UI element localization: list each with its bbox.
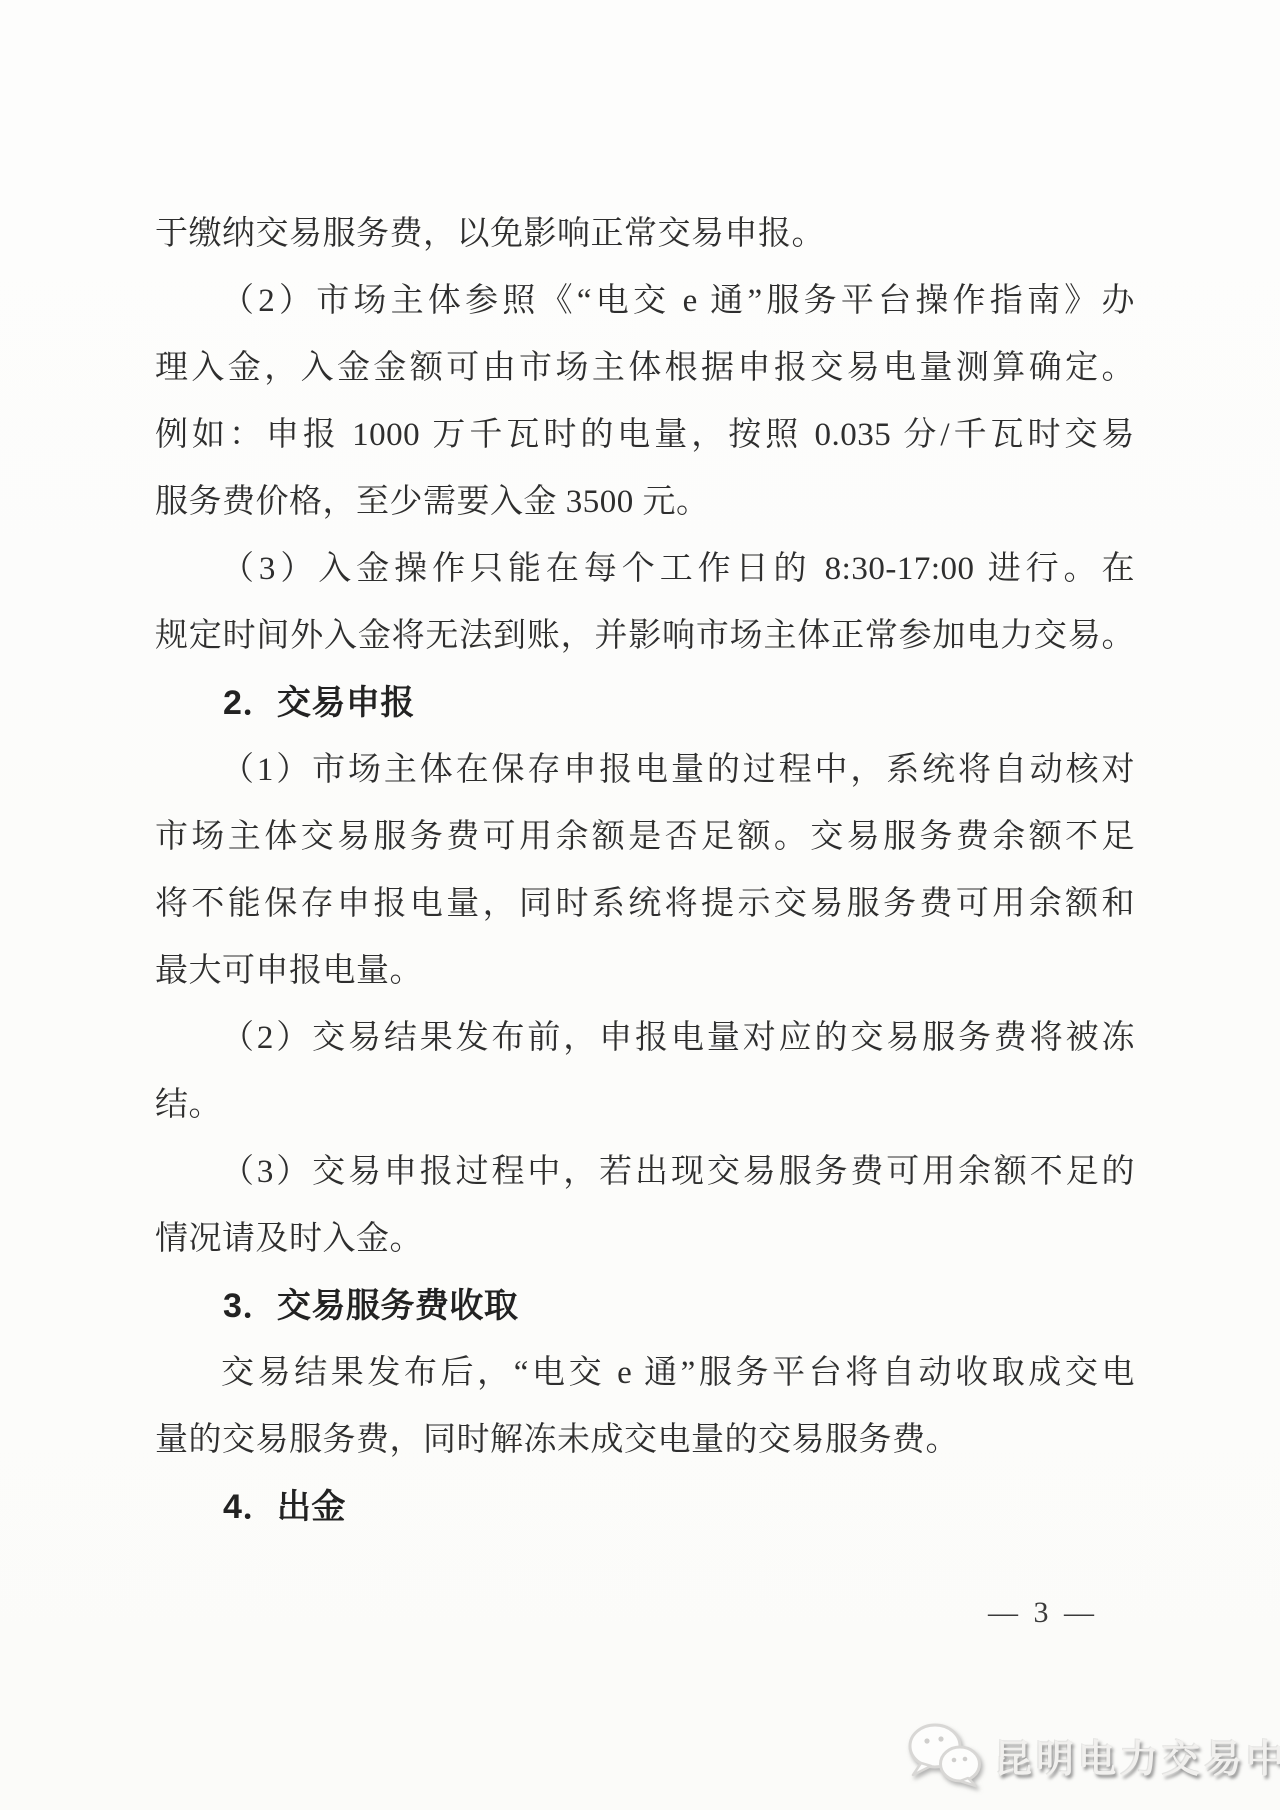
text-line: 服务费价格，至少需要入金 3500 元。 [155,469,1135,536]
text-line: 于缴纳交易服务费，以免影响正常交易申报。 [155,201,1135,268]
document-body: 于缴纳交易服务费，以免影响正常交易申报。（2）市场主体参照《“电交 e 通”服务… [155,201,1135,1541]
page-number: — 3 — [958,1596,1128,1630]
text-line: 情况请及时入金。 [155,1206,1135,1273]
document-page: 于缴纳交易服务费，以免影响正常交易申报。（2）市场主体参照《“电交 e 通”服务… [0,0,1280,1810]
text-line: 理入金，入金金额可由市场主体根据申报交易电量测算确定。 [155,335,1135,402]
text-line: （2）交易结果发布前，申报电量对应的交易服务费将被冻 [155,1005,1135,1072]
text-line: 最大可申报电量。 [155,938,1135,1005]
text-line: 量的交易服务费，同时解冻未成交电量的交易服务费。 [155,1407,1135,1474]
text-line: 结。 [155,1072,1135,1139]
text-line: 交易结果发布后，“电交 e 通”服务平台将自动收取成交电 [155,1340,1135,1407]
text-line: 规定时间外入金将无法到账，并影响市场主体正常参加电力交易。 [155,603,1135,670]
text-line: 将不能保存申报电量，同时系统将提示交易服务费可用余额和 [155,871,1135,938]
section-heading: 4．出金 [155,1474,1135,1541]
text-line: 例如：申报 1000 万千瓦时的电量，按照 0.035 分/千瓦时交易 [155,402,1135,469]
section-heading: 3．交易服务费收取 [155,1273,1135,1340]
wechat-icon [908,1722,982,1788]
text-line: （2）市场主体参照《“电交 e 通”服务平台操作指南》办 [155,268,1135,335]
text-line: （3）入金操作只能在每个工作日的 8:30-17:00 进行。在 [155,536,1135,603]
section-heading: 2．交易申报 [155,670,1135,737]
text-line: 市场主体交易服务费可用余额是否足额。交易服务费余额不足 [155,804,1135,871]
text-line: （1）市场主体在保存申报电量的过程中，系统将自动核对 [155,737,1135,804]
footer-watermark: 昆明电力交易中心 [908,1722,1280,1788]
watermark-account-name: 昆明电力交易中心 [994,1728,1280,1783]
text-line: （3）交易申报过程中，若出现交易服务费可用余额不足的 [155,1139,1135,1206]
